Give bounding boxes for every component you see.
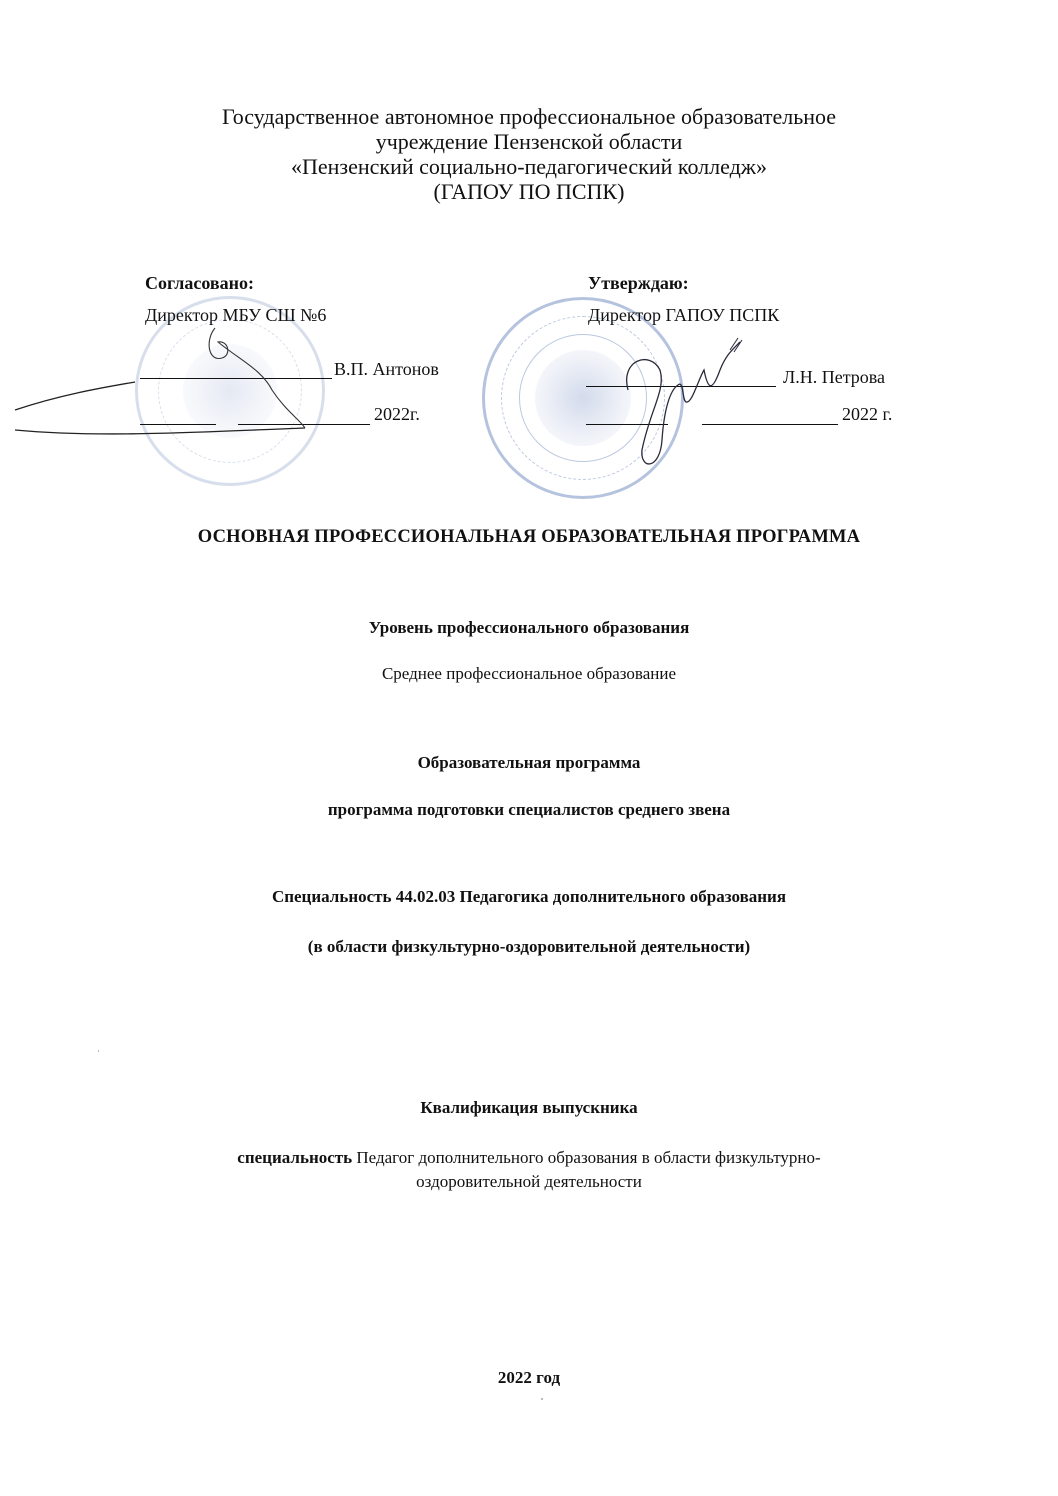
organization-header: Государственное автономное профессиональ…	[0, 104, 1058, 204]
approved-signatory: Л.Н. Петрова	[783, 366, 885, 388]
org-line-1: Государственное автономное профессиональ…	[0, 104, 1058, 129]
qualification-prefix: специальность	[237, 1148, 352, 1167]
approved-position: Директор ГАПОУ ПСПК	[588, 304, 779, 326]
scan-artifact	[98, 1050, 99, 1052]
agreed-heading: Согласовано:	[145, 272, 326, 294]
approved-date-suffix: 2022 г.	[842, 403, 892, 425]
level-label: Уровень профессионального образования	[0, 618, 1058, 638]
org-line-2: учреждение Пензенской области	[0, 129, 1058, 154]
specialty-line-2: (в области физкультурно-оздоровительной …	[0, 937, 1058, 957]
org-line-4: (ГАПОУ ПО ПСПК)	[0, 179, 1058, 204]
org-line-3: «Пензенский социально-педагогический кол…	[0, 154, 1058, 179]
agreed-signatory: В.П. Антонов	[334, 358, 439, 380]
approval-approved-block: Утверждаю: Директор ГАПОУ ПСПК	[588, 272, 779, 326]
specialty-line-1: Специальность 44.02.03 Педагогика дополн…	[0, 887, 1058, 907]
qualification-text: специальность Педагог дополнительного об…	[0, 1146, 1058, 1194]
qualification-text-line-1: Педагог дополнительного образования в об…	[356, 1148, 820, 1167]
qualification-text-line-2: оздоровительной деятельности	[0, 1170, 1058, 1194]
program-value: программа подготовки специалистов средне…	[0, 800, 1058, 820]
agreed-date-suffix: 2022г.	[374, 403, 420, 425]
approved-heading: Утверждаю:	[588, 272, 779, 294]
scan-artifact	[541, 1398, 543, 1400]
qualification-label: Квалификация выпускника	[0, 1098, 1058, 1118]
document-title: ОСНОВНАЯ ПРОФЕССИОНАЛЬНАЯ ОБРАЗОВАТЕЛЬНА…	[0, 527, 1058, 548]
level-value: Среднее профессиональное образование	[0, 664, 1058, 684]
document-year: 2022 год	[0, 1368, 1058, 1388]
right-signature-icon	[600, 330, 760, 480]
left-signature-icon	[0, 300, 330, 450]
program-label: Образовательная программа	[0, 753, 1058, 773]
